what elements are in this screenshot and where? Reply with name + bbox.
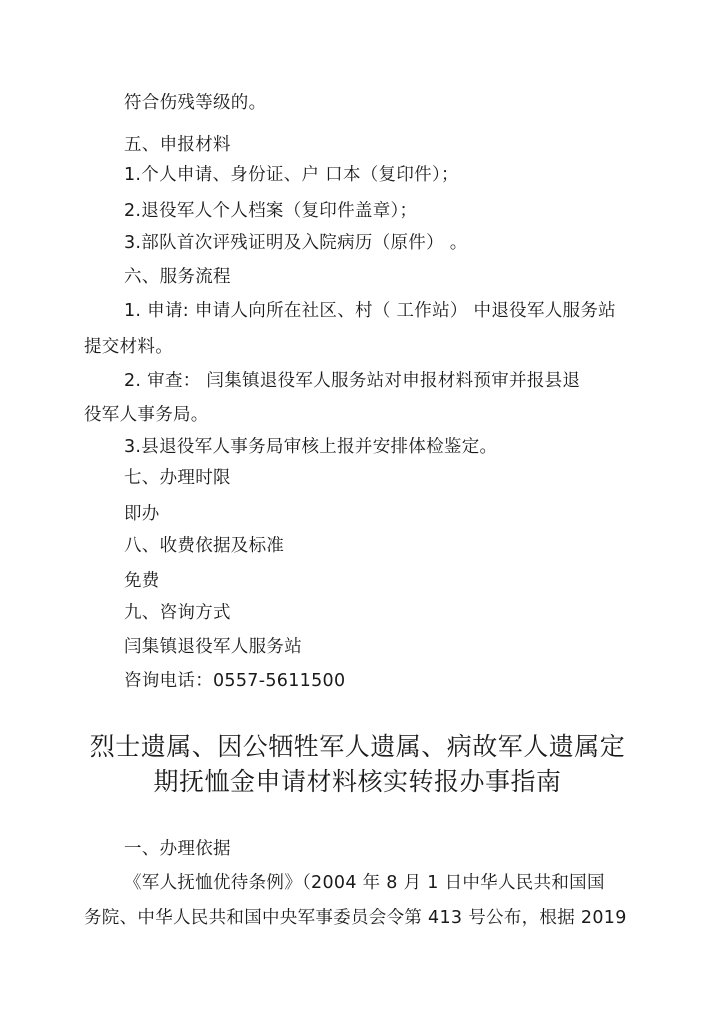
material-item-1: 1.个人申请、身份证、户 口本（复印件）； — [124, 164, 459, 186]
material-item-2: 2.退役军人个人档案（复印件盖章）； — [124, 200, 417, 222]
basis-line-1: 《军人抚恤优待条例》（2004 年 8 月 1 日中华人民共和国国 — [124, 872, 605, 894]
fees-value: 免费 — [124, 570, 160, 592]
heading-materials: 五、申报材料 — [124, 134, 231, 156]
process-step-3: 3.县退役军人事务局审核上报并安排体检鉴定。 — [124, 436, 497, 458]
process-step-2-line-1: 2. 审查： 闫集镇退役军人服务站对申报材料预审并报县退 — [124, 370, 580, 392]
contact-phone: 咨询电话：0557-5611500 — [124, 670, 345, 692]
guide-title-line-2: 期抚恤金申请材料核实转报办事指南 — [0, 766, 715, 798]
contact-office: 闫集镇退役军人服务站 — [124, 636, 302, 658]
heading-basis: 一、办理依据 — [124, 838, 231, 860]
material-item-3: 3.部队首次评残证明及入院病历（原件） 。 — [124, 232, 468, 254]
process-step-1-line-2: 提交材料。 — [84, 336, 173, 358]
heading-contact: 九、咨询方式 — [124, 602, 231, 624]
heading-fees: 八、收费依据及标准 — [124, 535, 284, 557]
continuation-text: 符合伤残等级的。 — [124, 92, 266, 114]
guide-title-line-1: 烈士遗属、因公牺牲军人遗属、病故军人遗属定 — [0, 731, 715, 763]
basis-line-2: 务院、中华人民共和国中央军事委员会令第 413 号公布，根据 2019 — [84, 907, 627, 929]
heading-time-limit: 七、办理时限 — [124, 467, 231, 489]
time-limit-value: 即办 — [124, 503, 160, 525]
process-step-1-line-1: 1. 申请: 申请人向所在社区、村（ 工作站） 中退役军人服务站 — [124, 300, 616, 322]
process-step-2-line-2: 役军人事务局。 — [84, 404, 209, 426]
heading-process: 六、服务流程 — [124, 266, 231, 288]
